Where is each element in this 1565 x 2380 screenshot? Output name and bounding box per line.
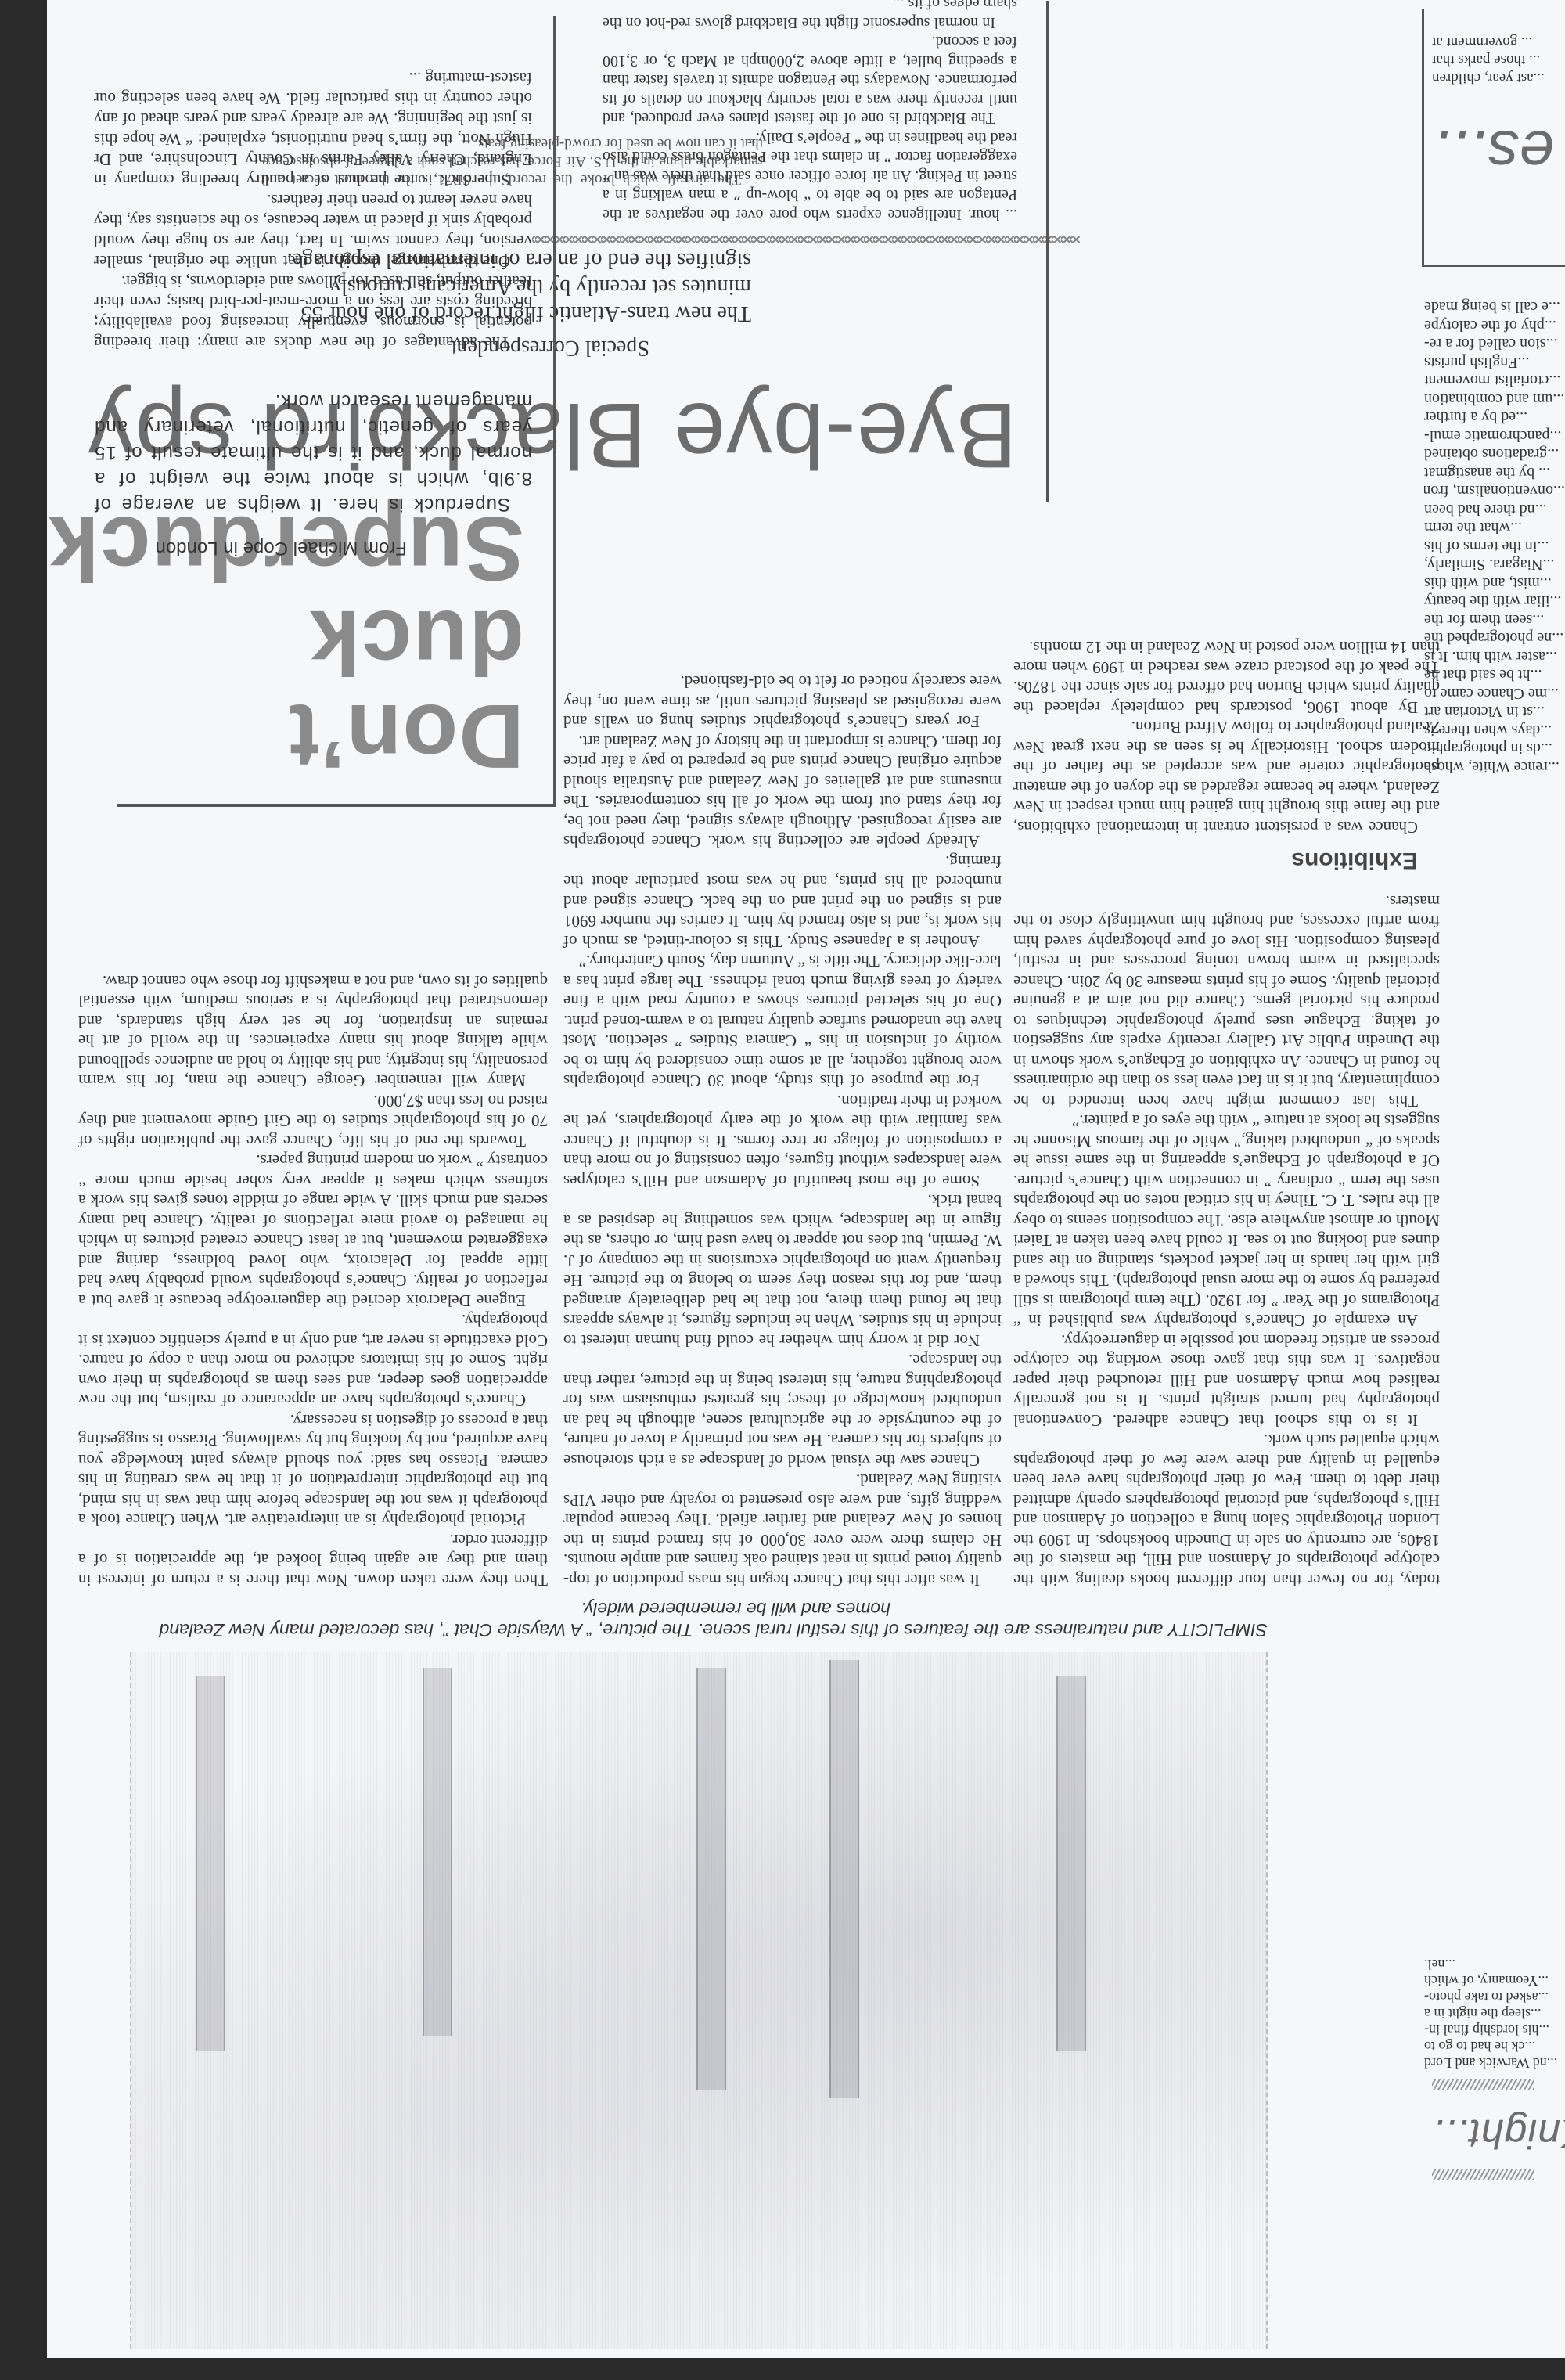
paragraph: It was after this that Chance began his … [563, 1470, 1002, 1590]
photo-caption: SIMPLICITY and naturalness are the featu… [110, 1598, 1268, 1640]
edge-column-lines-2: ...rence White, whose ...ds in photograp… [1424, 297, 1565, 776]
scan-border-right [0, 0, 47, 2380]
paragraph: Already people are collecting his work. … [563, 732, 1002, 852]
photograph-wayside-chat [130, 1652, 1268, 2349]
chance-column-middle: It was after this that Chance began his … [563, 672, 1002, 1590]
edge-box-border [1422, 9, 1424, 267]
text-line: ...what the term [1424, 518, 1565, 537]
paragraph: For the purpose of this study, about 30 … [563, 951, 1002, 1091]
text-line: ...onventionalism, from [1424, 481, 1565, 500]
divider-hatch [1432, 2079, 1534, 2090]
text-line: ...e call is being made [1424, 297, 1565, 316]
text-line: ...asked to take photo- [1424, 1989, 1565, 2005]
edge-column-lines-1: ...nd Warwick and Lord ...ck he had to g… [1424, 1956, 1565, 2071]
headline-knight-fragment: ...e Knight [1432, 2110, 1565, 2157]
headline-es-fragment: ...es [1432, 117, 1565, 189]
text-line: ... by the anastigmat [1424, 463, 1565, 482]
subhead-exhibitions: Exhibitions [1013, 851, 1418, 871]
superduck-box-border [117, 804, 556, 807]
paragraph: Nor did it worry him whether he could fi… [563, 1190, 1002, 1350]
text-line: ...ctorialist movement [1424, 371, 1565, 390]
text-line: ...his lordship final in- [1424, 2022, 1565, 2038]
text-line: ...nd there had been [1424, 500, 1565, 519]
text-line: ...Yeomanry, of which [1424, 1972, 1565, 1989]
paragraph: For years Chance’s photographic studies … [563, 672, 1002, 732]
paragraph: Then they were taken down. Now that ther… [78, 1530, 548, 1590]
paragraph: In normal supersonic flight the Blackbir… [603, 0, 1017, 32]
text-line: ...um and combination [1424, 390, 1565, 409]
superduck-lead: Superduck is here. It weighs an average … [94, 388, 532, 517]
text-line: ...in the terms of his [1424, 537, 1565, 556]
scan-border-bottom [0, 2358, 1565, 2380]
text-line: ...ck he had to go to [1424, 2038, 1565, 2054]
paragraph: Superduck is the product of a poultry br… [94, 68, 532, 190]
text-line: ...seen them for the [1424, 610, 1565, 629]
paragraph: Chance saw the visual world of landscape… [563, 1350, 1002, 1470]
newspaper-clipping: SIMPLICITY and naturalness are the featu… [0, 0, 1565, 2380]
text-line: ...me Chance came to [1424, 684, 1565, 703]
paragraph: This last comment might have been intend… [1013, 891, 1440, 1111]
divider-wavy [532, 236, 1080, 243]
caption-line-1: SIMPLICITY and naturalness are the featu… [110, 1619, 1268, 1640]
text-line: ... those parks that [1432, 51, 1565, 69]
text-line: ...Niagara. Similarly, [1424, 555, 1565, 574]
superduck-byline: From Michael Cope in London [78, 538, 407, 559]
text-line: ... government at [1432, 33, 1565, 51]
chance-column-right: today, for no fewer than four different … [1013, 637, 1440, 1590]
paragraph: Towards the end of his life, Chance gave… [78, 1091, 548, 1151]
paragraph: It is to this school that Chance adhered… [1013, 1330, 1440, 1431]
text-line: ...phy of the calotype [1424, 316, 1565, 335]
paragraph: An example of Chance’s photography was p… [1013, 1111, 1440, 1330]
text-line: ...English purists [1424, 353, 1565, 372]
paragraph: The Blackbird is one of the fastest plan… [603, 32, 1017, 128]
text-line: ...aster with him. It is [1424, 647, 1565, 666]
caption-line-2: homes and will be remembered widely. [110, 1598, 1268, 1619]
paragraph: Another is a Japanese Study. This is col… [563, 852, 1002, 952]
text-line: ...rence White, whose [1424, 758, 1565, 776]
text-line: ...nd Warwick and Lord [1424, 2054, 1565, 2071]
blackbird-column: ... hour. Intelligence experts who pore … [603, 0, 1017, 224]
paragraph: Chance’s photographs have an appearance … [78, 1310, 548, 1410]
paragraph: By about 1906, postcards had completely … [1013, 637, 1440, 717]
text-line: ...ne photographed the [1424, 628, 1565, 647]
text-line: ...st in Victorian art [1424, 702, 1565, 721]
edge-box-border [1424, 265, 1565, 267]
paragraph: Pictorial photography is an interpretati… [78, 1410, 548, 1530]
chance-column-left: Then they were taken down. Now that ther… [78, 971, 548, 1590]
text-line: ...mist, and with this [1424, 574, 1565, 592]
text-line: ...ht be said that he [1424, 665, 1565, 684]
text-line: ...nel. [1424, 1956, 1565, 1972]
paragraph: One disadvantage, though, is that unlike… [94, 190, 532, 272]
paragraph: Many will remember George Chance the man… [78, 971, 548, 1091]
paragraph: Eugene Delacroix decried the daguerreoty… [78, 1150, 548, 1310]
divider-hatch [1432, 2169, 1534, 2180]
paragraph: Some of the most beautiful of Adamson an… [563, 1091, 1002, 1191]
blackbird-box-border [1046, 1, 1049, 502]
paragraph: The advantages of the new ducks are many… [94, 272, 532, 353]
paragraph: Chance was a persistent entrant in inter… [1013, 717, 1440, 837]
text-line: ...ast year, children [1432, 69, 1565, 87]
superduck-box-border [553, 16, 556, 807]
paragraph: today, for no fewer than four different … [1013, 1430, 1440, 1590]
text-line: ...panchromatic emul- [1424, 427, 1565, 445]
text-line: ...days when there is [1424, 721, 1565, 740]
text-line: ...sleep the night in a [1424, 2005, 1565, 2022]
edge-column-lines-3: ...ast year, children ... those parks th… [1432, 33, 1565, 87]
text-line: ...gradations obtained [1424, 445, 1565, 463]
superduck-body: The advantages of the new ducks are many… [94, 68, 532, 353]
text-line: ...ed by a further [1424, 408, 1565, 427]
text-line: ...iliar with the beauty [1424, 592, 1565, 610]
text-line: ...ds in photographic [1424, 739, 1565, 758]
headline-line-1: Don’t duck [86, 596, 524, 783]
paragraph: ... hour. Intelligence experts who pore … [603, 128, 1017, 225]
text-line: ...sion called for a re- [1424, 334, 1565, 353]
